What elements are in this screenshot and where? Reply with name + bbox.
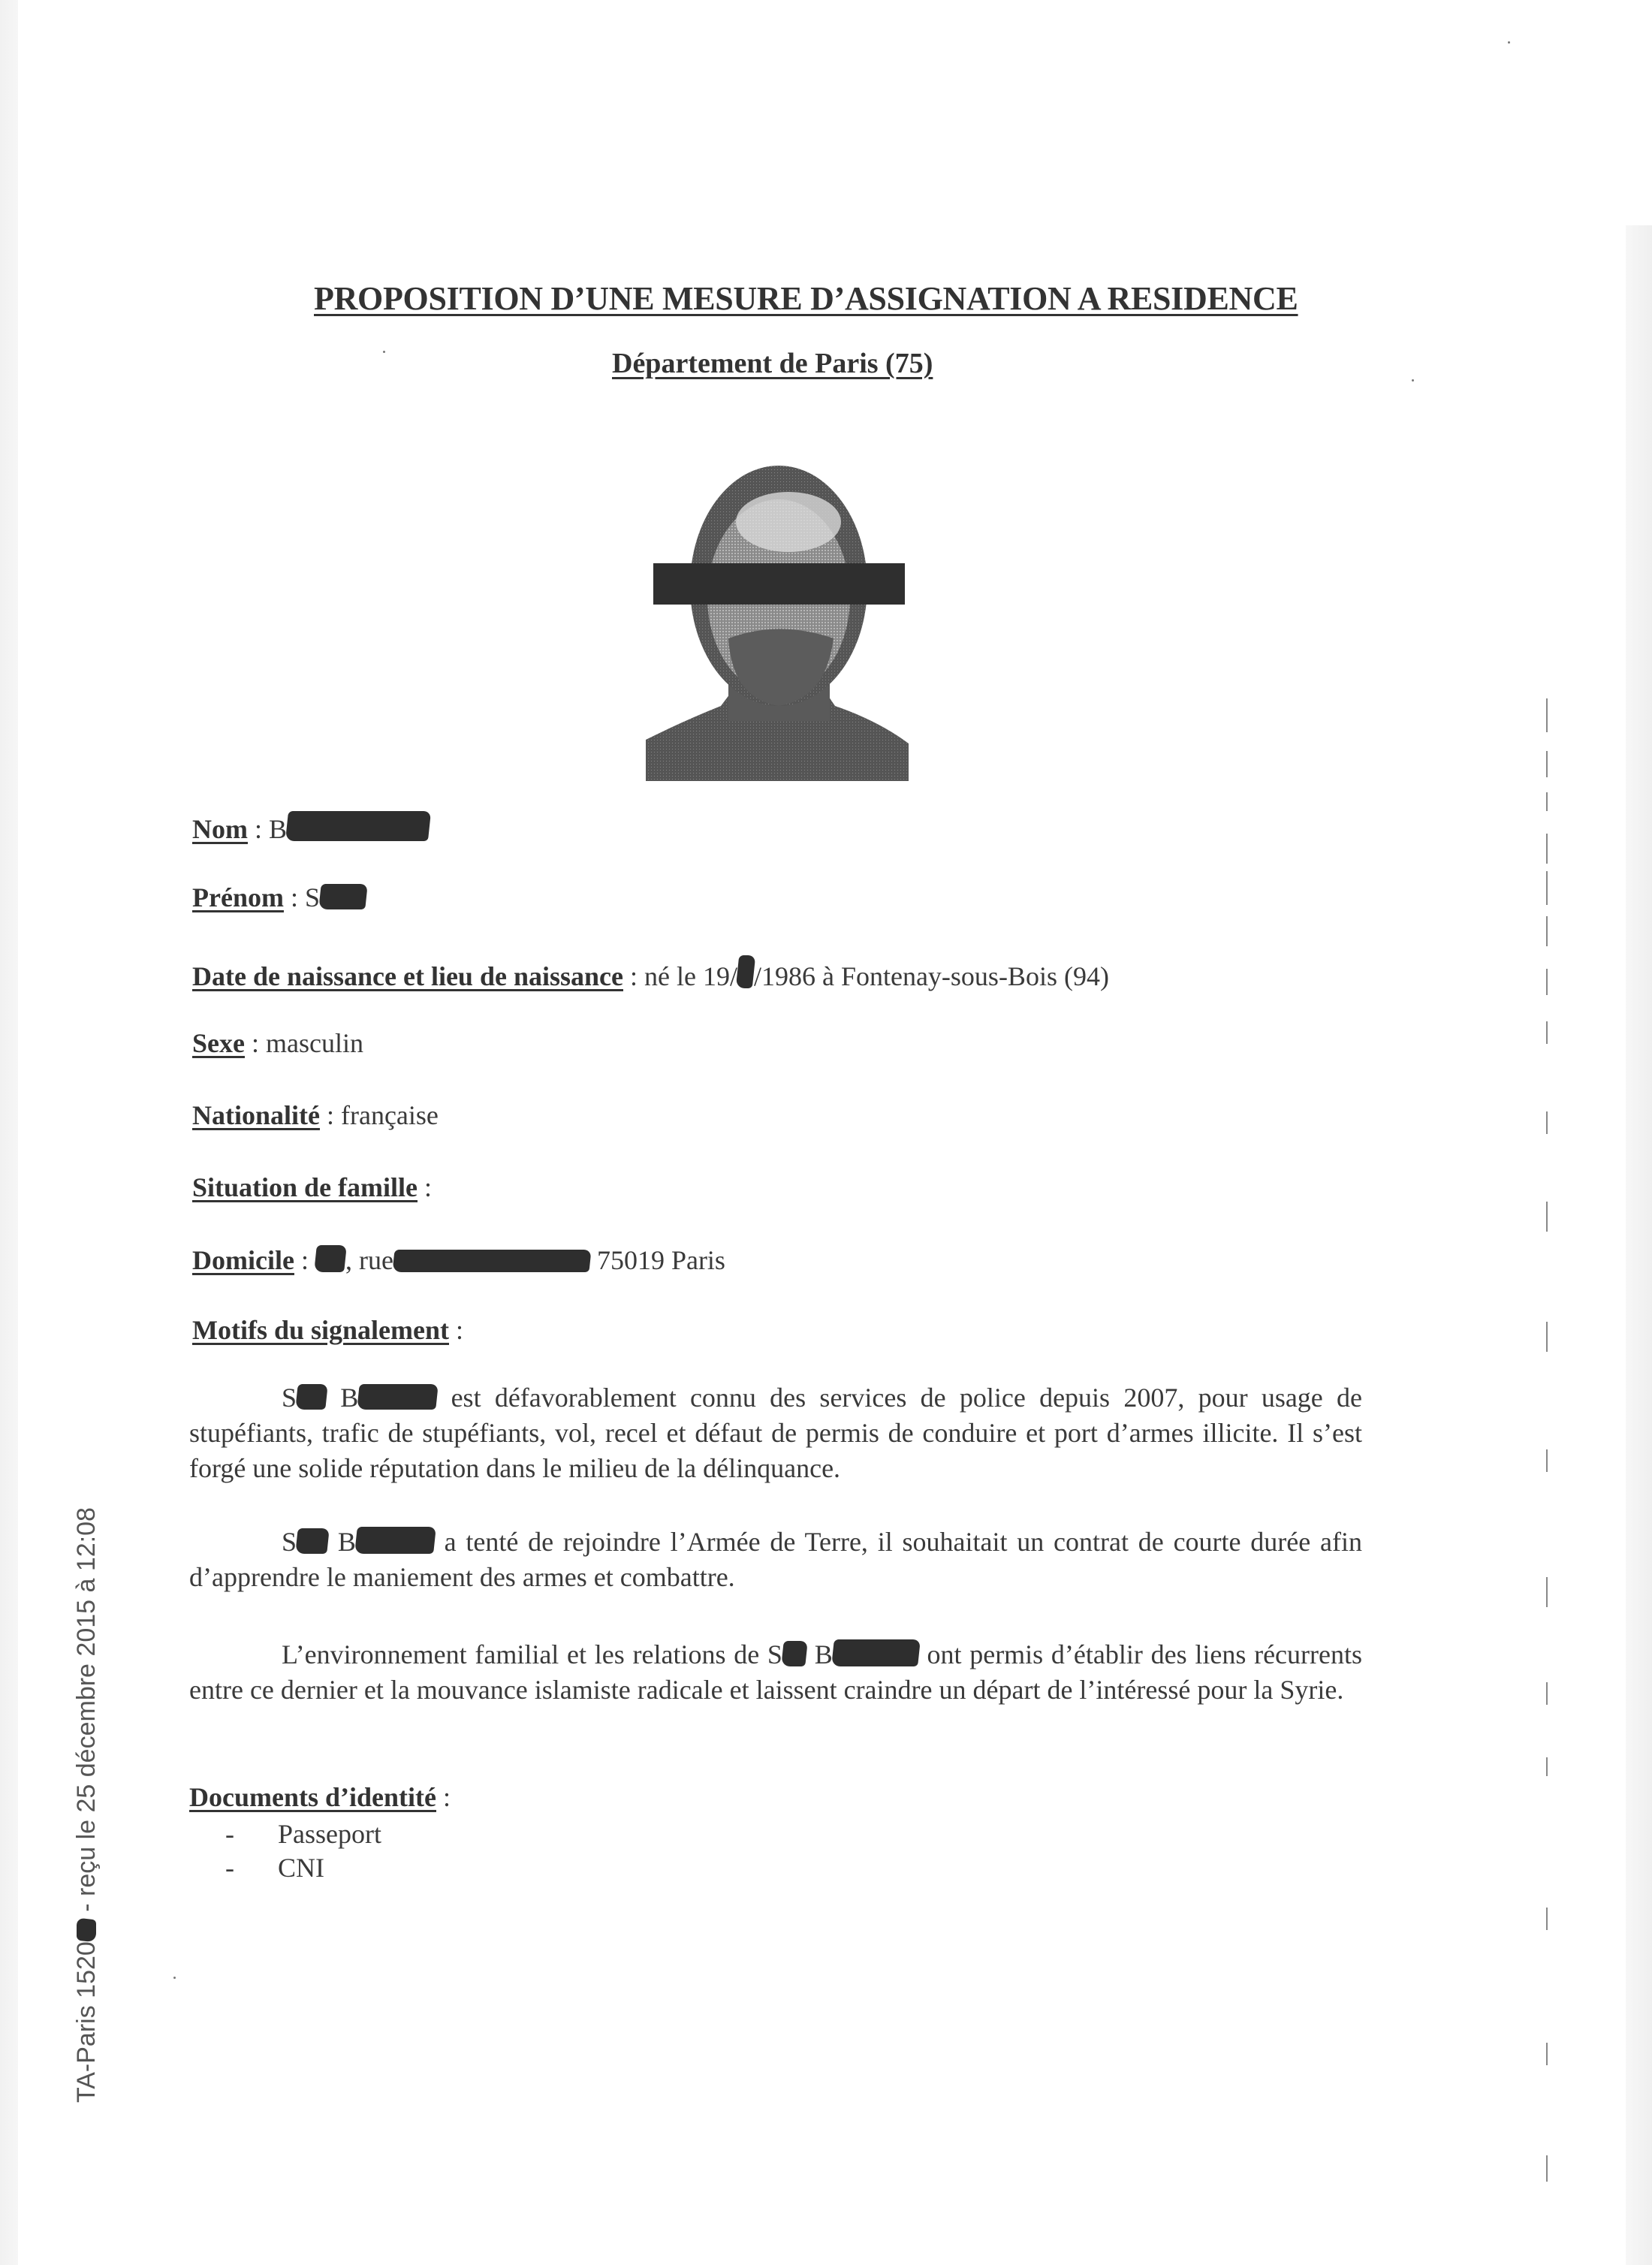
redaction-block: [392, 1250, 591, 1272]
scan-mark: [1546, 751, 1548, 777]
paragraph-2: S B a tenté de rejoindre l’Armée de Terr…: [189, 1525, 1362, 1595]
field-motifs: Motifs du signalement :: [192, 1314, 463, 1346]
scan-speck: [1412, 379, 1414, 382]
field-domicile-rue: , rue: [345, 1245, 393, 1275]
redaction-block: [285, 811, 431, 841]
scan-mark: [1546, 969, 1548, 995]
document-title: PROPOSITION D’UNE MESURE D’ASSIGNATION A…: [314, 279, 1298, 318]
redaction-block: [781, 1641, 808, 1666]
redaction-block: [318, 884, 368, 909]
redaction-block: [831, 1639, 921, 1666]
scan-mark: [1546, 834, 1548, 864]
document-subtitle: Département de Paris (75): [612, 347, 933, 380]
field-documents-label: Documents d’identité: [189, 1782, 436, 1812]
scan-mark: [1546, 1111, 1548, 1134]
redaction-block: [295, 1384, 328, 1410]
scan-mark: [1546, 1757, 1548, 1776]
scan-mark: [1546, 1682, 1548, 1705]
scan-edge-right: [1626, 225, 1652, 2265]
scan-mark: [1546, 2043, 1548, 2065]
scan-edge-left: [0, 0, 18, 2265]
redaction-block: [357, 1384, 439, 1410]
scan-mark: [1546, 792, 1548, 811]
field-sexe-value: masculin: [266, 1028, 363, 1058]
field-motifs-label: Motifs du signalement: [192, 1315, 449, 1345]
field-domicile-label: Domicile: [192, 1245, 294, 1275]
field-naissance: Date de naissance et lieu de naissance :…: [192, 955, 1109, 992]
field-nationalite-value: française: [341, 1100, 439, 1130]
field-nom-label: Nom: [192, 814, 248, 844]
field-naissance-value-start: né le 19/: [644, 961, 737, 991]
scan-mark: [1546, 1577, 1548, 1607]
field-nom: Nom : B: [192, 811, 430, 845]
scan-speck: [1508, 41, 1510, 44]
list-item: - CNI: [225, 1851, 381, 1885]
field-sexe-label: Sexe: [192, 1028, 245, 1058]
list-item: - Passeport: [225, 1817, 381, 1851]
field-prenom-label: Prénom: [192, 882, 284, 912]
reception-stamp: TA-Paris 1520 - reçu le 25 décembre 2015…: [72, 1507, 101, 2103]
scan-mark: [1546, 1449, 1548, 1472]
field-domicile-value: 75019 Paris: [590, 1245, 725, 1275]
redaction-block: [354, 1527, 436, 1554]
field-prenom: Prénom : S: [192, 882, 366, 913]
scan-mark: [1546, 1021, 1548, 1044]
field-naissance-label: Date de naissance et lieu de naissance: [192, 961, 623, 991]
identity-photo: [638, 451, 920, 781]
documents-list: - Passeport - CNI: [225, 1817, 381, 1885]
paragraph-3: L’environnement familial et les relation…: [189, 1637, 1362, 1708]
field-nationalite: Nationalité : française: [192, 1099, 439, 1131]
field-nom-value: B: [269, 814, 287, 844]
redaction-block: [77, 1918, 96, 1943]
field-nationalite-label: Nationalité: [192, 1100, 320, 1130]
redaction-block: [736, 955, 756, 988]
scan-mark: [1546, 698, 1548, 732]
scan-speck: [173, 1977, 176, 1979]
eye-redaction-bar: [653, 563, 905, 605]
scan-mark: [1546, 916, 1548, 946]
field-prenom-value: S: [305, 882, 320, 912]
scan-mark: [1546, 1322, 1548, 1352]
field-situation: Situation de famille :: [192, 1172, 432, 1203]
field-naissance-value-end: /1986 à Fontenay-sous-Bois (94): [754, 961, 1109, 991]
scan-mark: [1546, 1202, 1548, 1232]
field-documents: Documents d’identité :: [189, 1781, 451, 1813]
field-situation-label: Situation de famille: [192, 1172, 418, 1202]
scan-mark: [1546, 871, 1548, 905]
scan-speck: [383, 351, 385, 353]
redaction-block: [295, 1528, 330, 1554]
field-sexe: Sexe : masculin: [192, 1027, 363, 1059]
scan-mark: [1546, 2155, 1548, 2182]
field-domicile: Domicile : , rue 75019 Paris: [192, 1244, 725, 1276]
redaction-block: [314, 1245, 347, 1272]
scan-mark: [1546, 1908, 1548, 1930]
paragraph-1: S B est défavorablement connu des servic…: [189, 1380, 1362, 1486]
